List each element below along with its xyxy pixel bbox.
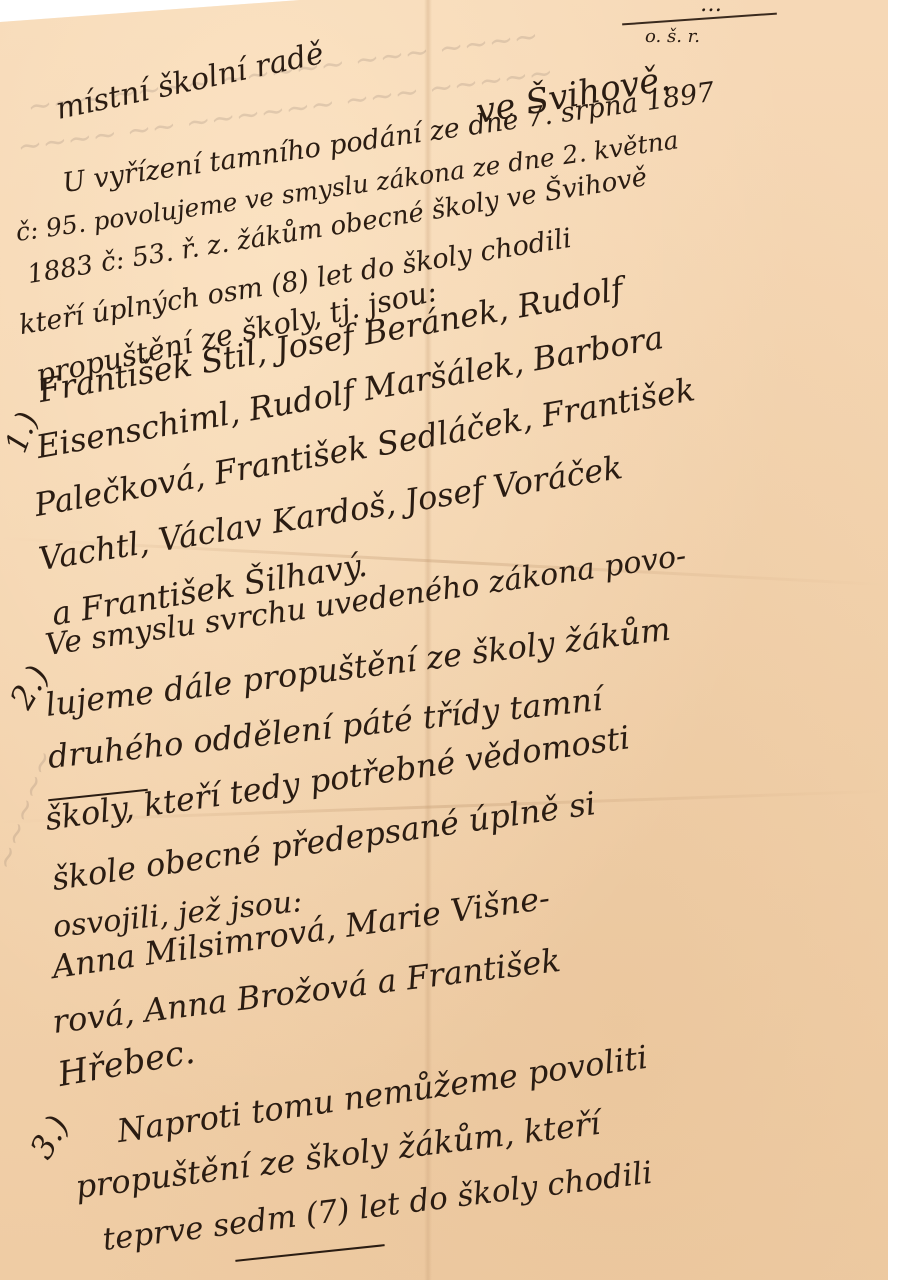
paper-sheet: ~~~ ~~~~ ~~~~~ ~~~ ~~~~ ~~~~ ~~ ~~~~~~ ~…: [0, 0, 888, 1280]
section2-line: Hřebec.: [55, 1032, 198, 1095]
header-fragment: …: [700, 0, 722, 17]
reference-code: o. š. r.: [645, 26, 700, 47]
section-number: 3.): [22, 1109, 76, 1165]
underline-sedm: [235, 1244, 384, 1262]
